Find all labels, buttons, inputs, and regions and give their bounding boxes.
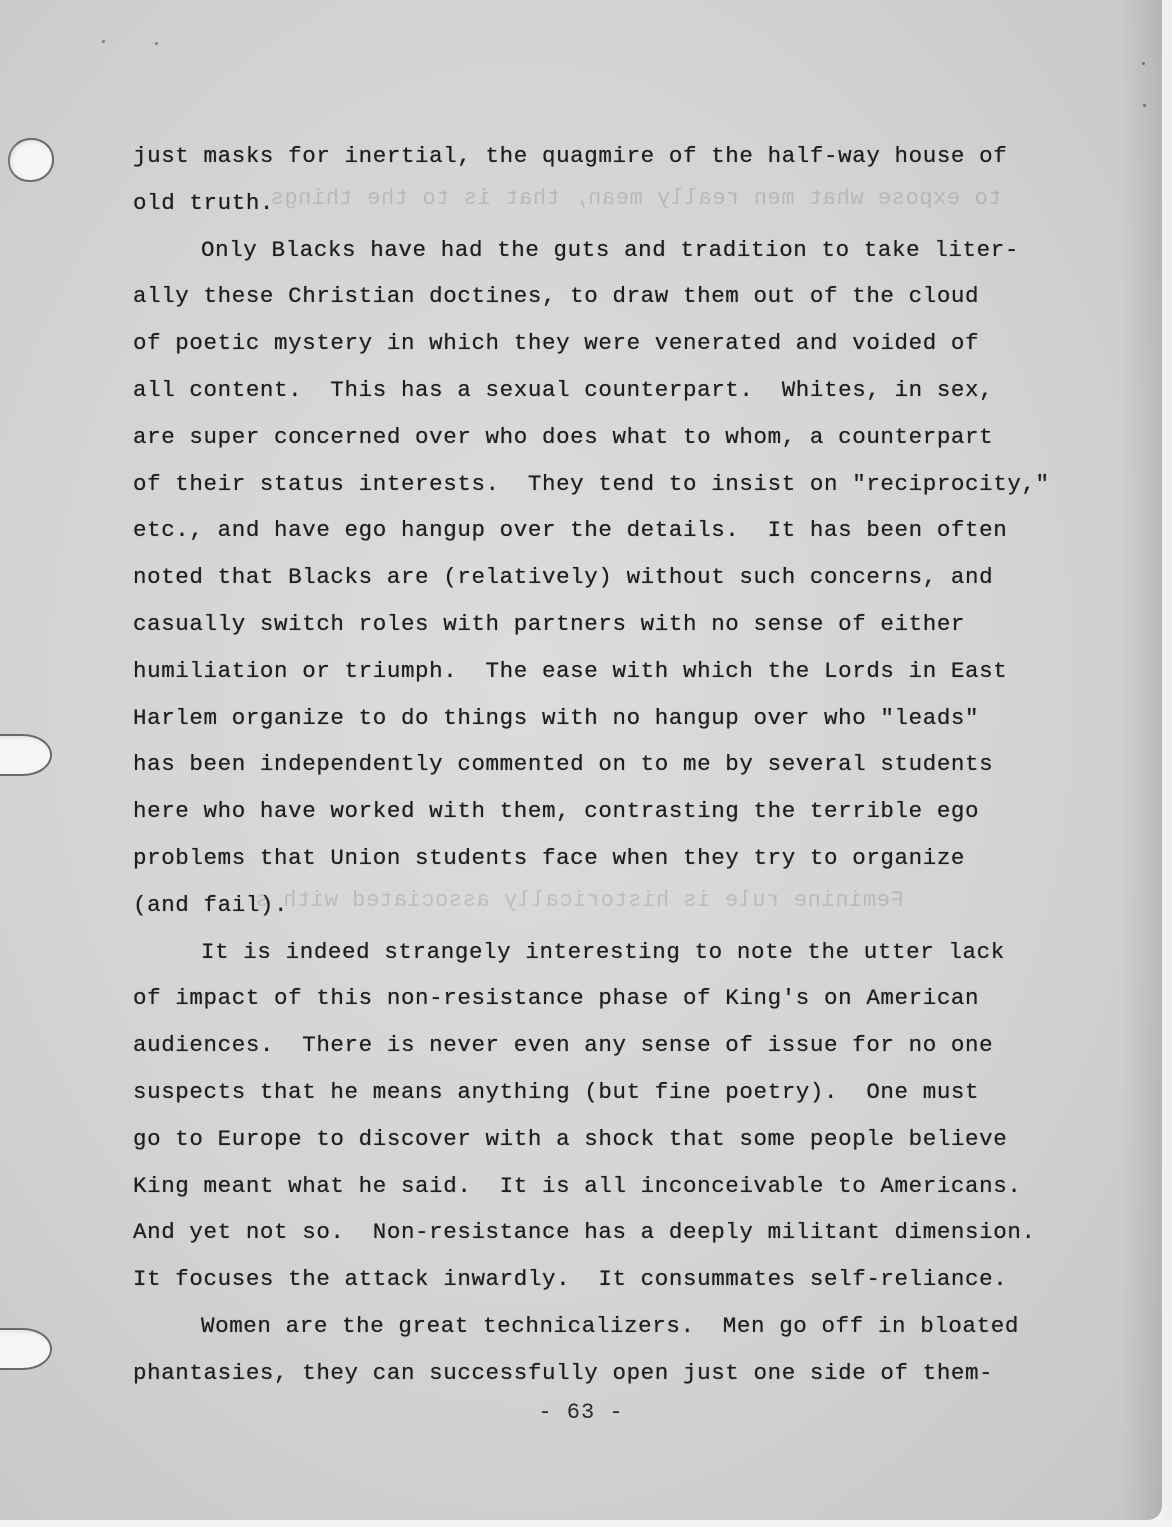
text-line: are super concerned over who does what t… [133,414,1050,461]
text-line: here who have worked with them, contrast… [133,788,1050,835]
paper-speck [102,40,105,43]
text-line: ally these Christian doctines, to draw t… [133,273,1050,320]
text-line: Harlem organize to do things with no han… [133,695,1050,742]
text-line: suspects that he means anything (but fin… [133,1069,1050,1116]
text-line: just masks for inertial, the quagmire of… [133,133,1050,180]
paper-speck [155,42,158,45]
text-line: casually switch roles with partners with… [133,601,1050,648]
text-line: audiences. There is never even any sense… [133,1022,1050,1069]
page-number: - 63 - [0,1400,1162,1425]
scanned-page: to expose what men really mean, that is … [0,0,1162,1520]
text-line: has been independently commented on to m… [133,741,1050,788]
paper-speck [1143,104,1146,107]
scanner-edge-bottom [0,1520,1172,1527]
body-text: just masks for inertial, the quagmire of… [133,133,1050,1397]
text-line: It is indeed strangely interesting to no… [133,929,1050,976]
punch-hole-top [8,138,54,182]
text-line: of impact of this non-resistance phase o… [133,975,1050,1022]
text-line: old truth. [133,180,1050,227]
text-line: of their status interests. They tend to … [133,461,1050,508]
text-line: phantasies, they can successfully open j… [133,1350,1050,1397]
text-line: humiliation or triumph. The ease with wh… [133,648,1050,695]
text-line: And yet not so. Non-resistance has a dee… [133,1209,1050,1256]
paper-speck [1142,62,1145,65]
text-line: (and fail). [133,882,1050,929]
text-line: Only Blacks have had the guts and tradit… [133,227,1050,274]
text-line: all content. This has a sexual counterpa… [133,367,1050,414]
text-line: It focuses the attack inwardly. It consu… [133,1256,1050,1303]
punch-hole-middle [0,734,52,776]
punch-hole-bottom [0,1328,52,1370]
text-line: etc., and have ego hangup over the detai… [133,507,1050,554]
text-line: Women are the great technicalizers. Men … [133,1303,1050,1350]
text-line: go to Europe to discover with a shock th… [133,1116,1050,1163]
text-line: noted that Blacks are (relatively) witho… [133,554,1050,601]
scanner-edge [1162,0,1172,1527]
text-line: King meant what he said. It is all incon… [133,1163,1050,1210]
text-line: of poetic mystery in which they were ven… [133,320,1050,367]
text-line: problems that Union students face when t… [133,835,1050,882]
